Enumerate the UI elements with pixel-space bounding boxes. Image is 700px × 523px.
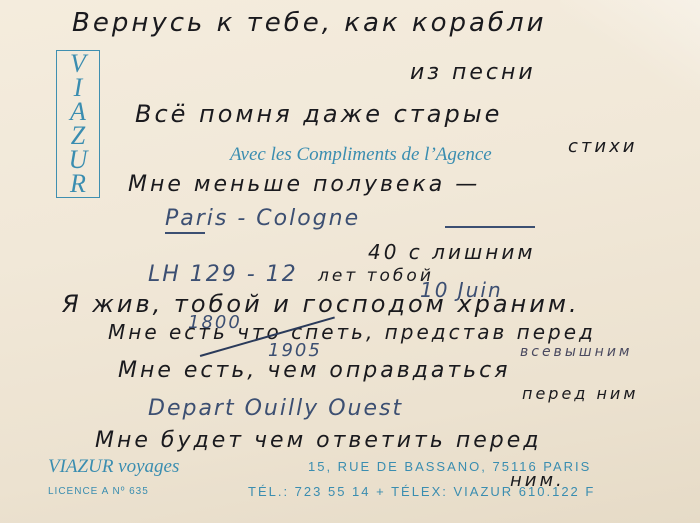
handwritten-blue-depart: Depart Ouilly Ouest <box>148 396 403 421</box>
handwritten-line-4: Мне меньше полувека — <box>128 172 480 197</box>
handwritten-blue-flight: LH 129 - 12 <box>148 262 298 287</box>
handwritten-line-5b: лет тобой <box>318 266 434 286</box>
footer-phone-telex: TÉL.: 723 55 14 + TÉLEX: VIAZUR 610.122 … <box>248 484 595 499</box>
footer-address: 15, RUE DE BASSANO, 75116 PARIS <box>308 459 591 474</box>
handwritten-blue-paris-cologne: Paris - Cologne <box>165 206 360 231</box>
footer-brand: VIAZUR voyages <box>48 456 179 478</box>
handwritten-line-3: Всё помня даже старые <box>135 100 502 128</box>
handwritten-line-2: из песни <box>410 60 536 85</box>
handwritten-line-1: Вернусь к тебе, как корабли <box>72 8 546 38</box>
underline <box>445 226 535 228</box>
handwritten-line-7b: всевышним <box>520 344 633 360</box>
compliments-text: Avec les Compliments de l’Agence <box>230 144 492 166</box>
logo-letter: R <box>70 172 86 196</box>
handwritten-line-3b: стихи <box>568 136 637 157</box>
handwritten-blue-1800: 1800 <box>188 312 242 333</box>
handwritten-line-5: 40 с лишним <box>368 240 535 264</box>
paper-crease <box>560 0 700 90</box>
handwritten-line-9: Мне будет чем ответить перед <box>95 428 541 453</box>
underline <box>165 232 205 234</box>
handwritten-line-8: Мне есть, чем оправдаться <box>118 358 510 383</box>
handwritten-line-6: Я жив, тобой и господом храним. <box>62 290 580 318</box>
viazur-vertical-logo: V I A Z U R <box>56 50 100 198</box>
footer-licence: LICENCE A Nº 635 <box>48 486 149 497</box>
viazur-compliment-card: V I A Z U R Вернусь к тебе, как корабли … <box>0 0 700 523</box>
handwritten-line-7: Мне есть что спеть, представ перед <box>108 320 596 344</box>
handwritten-line-8b: перед ним <box>522 384 638 403</box>
